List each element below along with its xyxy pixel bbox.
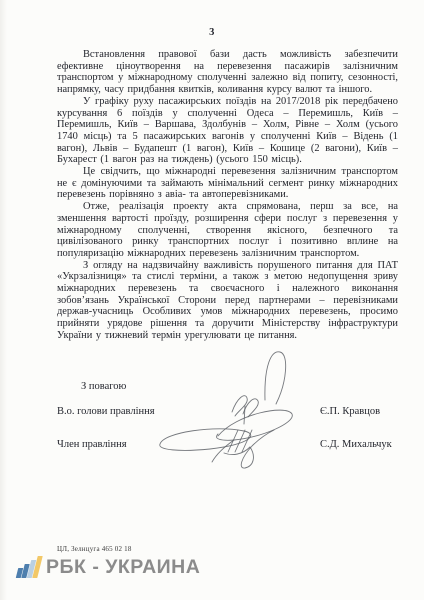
kravtsov-signature-icon [212, 352, 292, 462]
paragraph-request: З огляду на надзвичайну важливість поруш… [57, 260, 398, 342]
letter-body: Встановлення правової бази дасть можливі… [57, 49, 398, 342]
page-number: 3 [0, 27, 424, 38]
signer-title: Член правління [57, 439, 127, 450]
signer-title: В.о. голови правління [57, 406, 155, 417]
scanned-letter-page: 3 Встановлення правової бази дасть можли… [0, 0, 424, 600]
paragraph-project-goal: Отже, реалізація проекту акта спрямована… [57, 201, 398, 260]
footer-reference: ЦЛ, Зелнцуга 465 02 18 [57, 545, 132, 553]
signer-name: Є.П. Кравцов [320, 406, 380, 417]
rbc-ukraine-watermark: РБК - УКРАИНА [17, 556, 200, 578]
rbc-logo-text: РБК - УКРАИНА [46, 557, 200, 578]
mykhalchuk-signature-icon [160, 429, 274, 468]
handwritten-signatures [148, 348, 323, 483]
paragraph-market-share: Це свідчить, що міжнародні перевезення з… [57, 166, 398, 201]
paragraph-schedule: У графіку руху пасажирських поїздів на 2… [57, 96, 398, 166]
rbc-logo-bars-icon [17, 556, 41, 578]
closing-salutation: З повагою [81, 381, 126, 392]
paragraph-pricing: Встановлення правової бази дасть можливі… [57, 49, 398, 96]
signer-name: С.Д. Михальчук [320, 439, 392, 450]
